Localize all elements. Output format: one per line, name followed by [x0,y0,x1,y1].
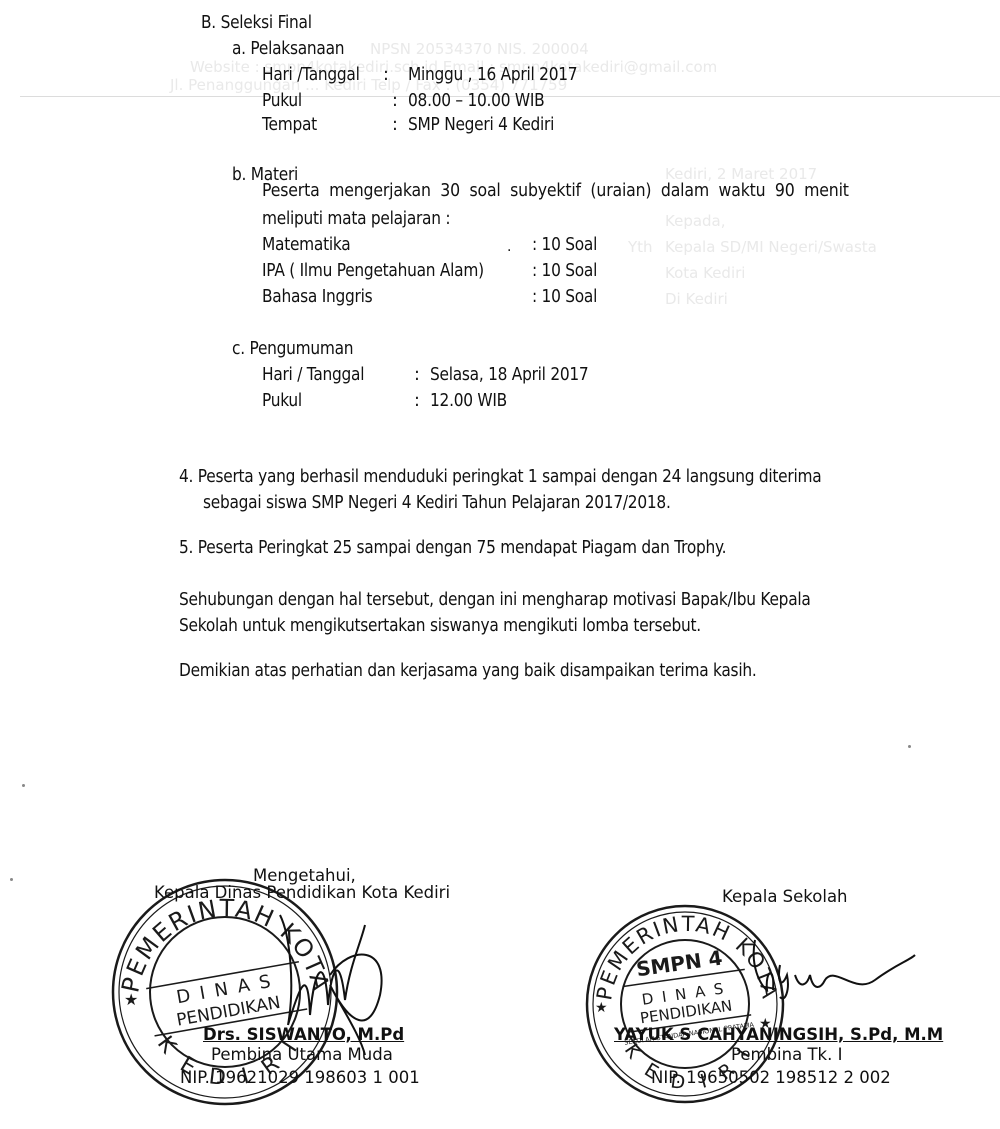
point-4: 4. Peserta yang berhasil menduduki perin… [179,466,821,488]
stray-dot: . [507,236,511,258]
field-sep: : [414,364,420,386]
field-label: Pukul [262,390,302,412]
svg-text:D I N A S: D I N A S [641,979,727,1009]
field-label: Hari / Tanggal [262,364,364,386]
signature-title: Kepala Sekolah [722,887,848,907]
materi-description: Peserta mengerjakan 30 soal subyektif (u… [262,180,849,202]
point-5: 5. Peserta Peringkat 25 sampai dengan 75… [179,537,726,559]
closing-thanks: Demikian atas perhatian dan kerjasama ya… [179,660,756,682]
field-sep: : [392,114,398,136]
subject-name: Bahasa Inggris [262,286,372,308]
field-label: Tempat [262,114,317,136]
svg-text:D I N A S: D I N A S [175,971,274,1009]
field-sep: : [392,90,398,112]
ghost-recipient: Kota Kediri [665,264,745,282]
signatory-rank: Pembina Utama Muda [211,1045,393,1065]
signature-title: Kepala Dinas Pendidikan Kota Kediri [154,883,450,903]
field-value: SMP Negeri 4 Kediri [408,114,554,136]
section-heading: B. Seleksi Final [201,12,312,34]
point-4-cont: sebagai siswa SMP Negeri 4 Kediri Tahun … [203,492,671,514]
subject-name: Matematika [262,234,350,256]
signatory-rank: Pembina Tk. I [731,1045,842,1065]
subsection-pengumuman: c. Pengumuman [232,338,353,360]
signatory-nip: NIP. 19621029 198603 1 001 [180,1068,420,1088]
signatory-name: YAYUK S CAHYANINGSIH, S.Pd, M.M [614,1025,943,1045]
field-sep: : [414,390,420,412]
field-value: 08.00 – 10.00 WIB [408,90,544,112]
ghost-recipient: Kepala SD/MI Negeri/Swasta [665,238,877,256]
field-sep: : [383,64,389,86]
subject-count: : 10 Soal [532,260,597,282]
svg-text:★: ★ [124,990,138,1009]
field-value: Selasa, 18 April 2017 [430,364,588,386]
closing-paragraph-cont: Sekolah untuk mengikutsertakan siswanya … [179,615,701,637]
svg-text:★: ★ [595,1000,608,1016]
subject-count: : 10 Soal [532,234,597,256]
subject-name: IPA ( Ilmu Pengetahuan Alam) [262,260,484,282]
signatory-name: Drs. SISWANTO, M.Pd [203,1025,404,1045]
field-label: Hari /Tanggal [262,64,360,86]
field-value: Minggu , 16 April 2017 [408,64,577,86]
svg-text:PENDIDIKAN: PENDIDIKAN [639,997,733,1028]
subject-count: : 10 Soal [532,286,597,308]
ghost-recipient: Di Kediri [665,290,728,308]
ghost-header-line: NPSN 20534370 NIS. 200004 [370,40,589,58]
svg-text:SMPN 4: SMPN 4 [635,945,724,981]
svg-text:PEMERINTAH KOTA: PEMERINTAH KOTA [116,894,335,995]
field-value: 12.00 WIB [430,390,507,412]
field-label: Pukul [262,90,302,112]
subsection-pelaksanaan: a. Pelaksanaan [232,38,344,60]
ghost-recipient: Kepada, [665,212,726,230]
ghost-yth: Yth [628,238,653,256]
closing-paragraph: Sehubungan dengan hal tersebut, dengan i… [179,589,811,611]
svg-text:PEMERINTAH KOTA: PEMERINTAH KOTA [592,912,782,1002]
signature-scribble-icon [745,935,925,1005]
materi-description-cont: meliputi mata pelajaran : [262,208,450,230]
signatory-nip: NIP. 19650502 198512 2 002 [651,1068,891,1088]
